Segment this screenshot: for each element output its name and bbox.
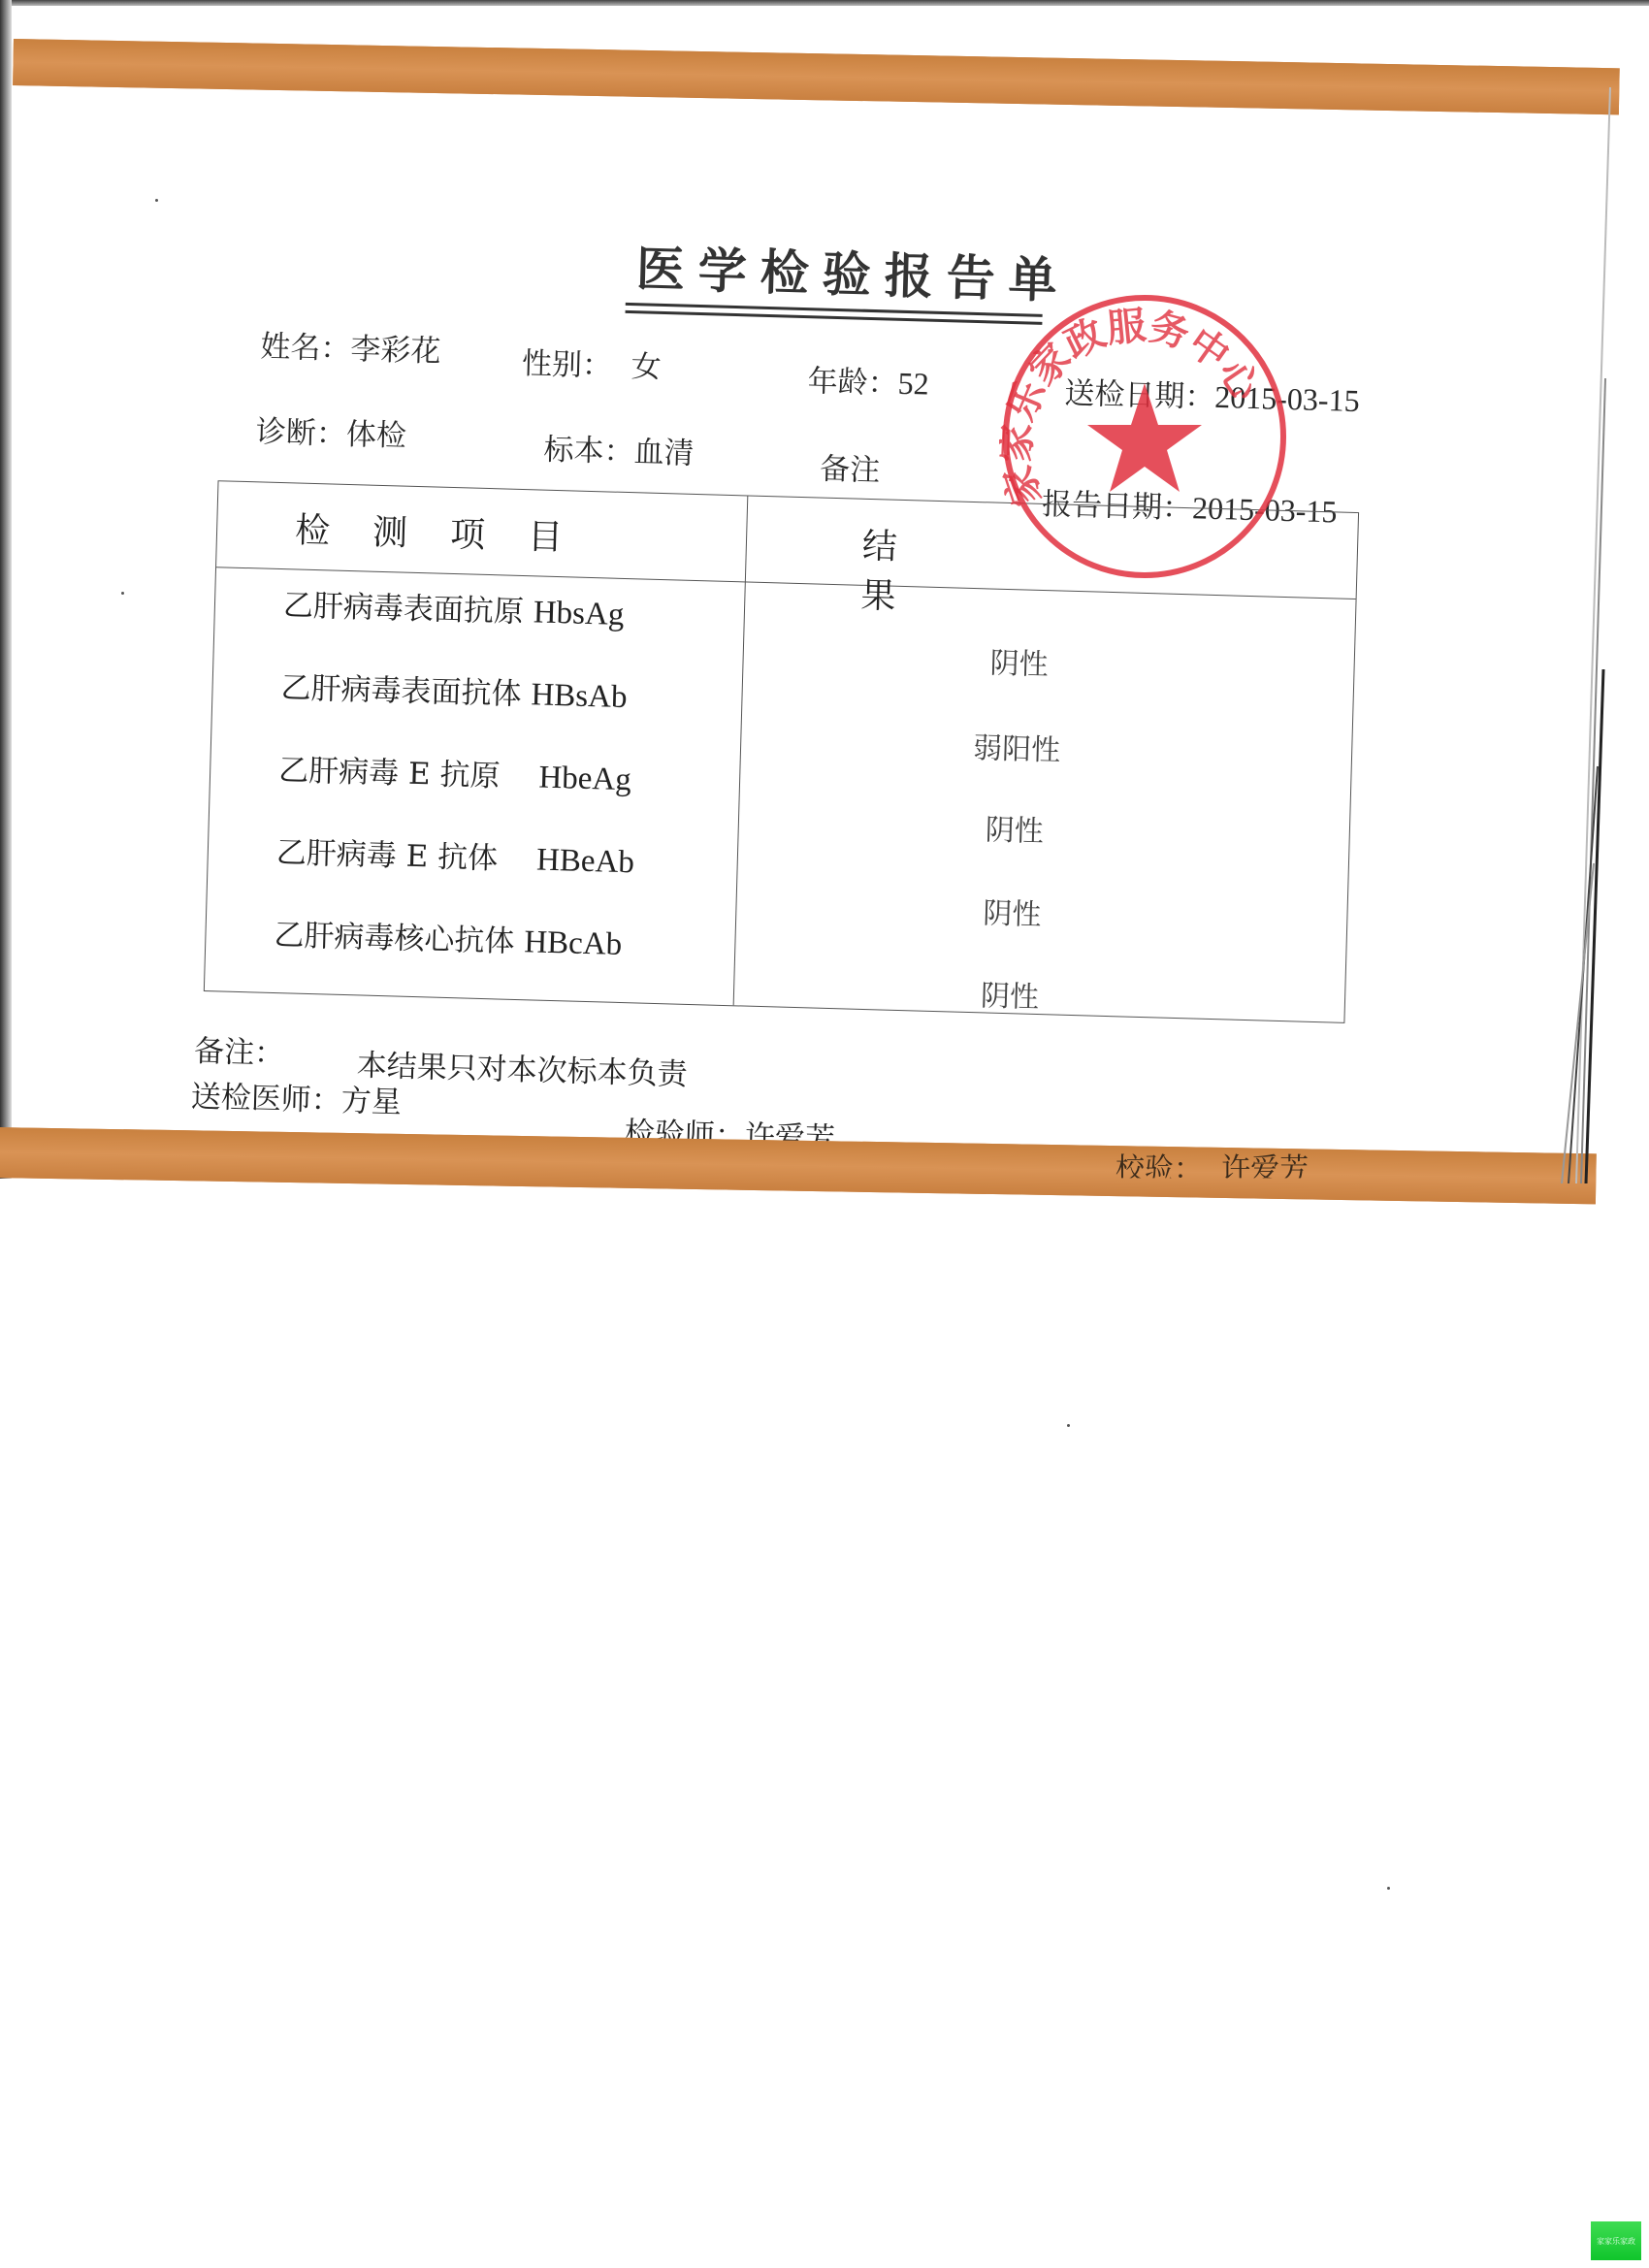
watermark-badge: 家家乐家政 <box>1591 2221 1641 2260</box>
test-result: 阴性 <box>983 889 1042 933</box>
test-name: 乙肝病毒表面抗体 <box>280 670 522 712</box>
seal-text: 家家乐家政服务中心 <box>999 304 1269 511</box>
scan-speck <box>1067 1424 1070 1427</box>
test-code: HbeAg <box>538 761 631 798</box>
scan-speck <box>1387 1887 1390 1890</box>
column-divider <box>733 496 749 1005</box>
report-sheet: 医学检验报告单 姓名：李彩花 性别： 女 年龄：52 送检日期：2015-03-… <box>0 0 1649 1233</box>
test-result: 弱阳性 <box>973 724 1061 768</box>
test-result: 阴性 <box>980 971 1039 1016</box>
star-icon <box>1087 383 1202 492</box>
scan-speck <box>121 592 124 595</box>
patient-name: 李彩花 <box>350 332 441 370</box>
svg-text:家家乐家政服务中心: 家家乐家政服务中心 <box>999 304 1269 511</box>
diagnosis-field: 诊断：体检 <box>255 406 406 454</box>
test-name: 乙肝病毒 E 抗原 <box>278 753 501 794</box>
specimen: 血清 <box>633 435 695 471</box>
label: 年龄： <box>807 364 898 402</box>
header-test-item: 检测项目 <box>295 502 606 561</box>
label: 性别： <box>522 346 613 384</box>
label: 标本： <box>543 433 634 470</box>
doctor-field: 送检医师：方星 <box>190 1072 402 1121</box>
table-row: 乙肝病毒表面抗体HBsAb <box>280 663 628 716</box>
patient-age: 52 <box>897 366 929 402</box>
patient-gender: 女 <box>630 349 662 385</box>
doctor-name: 方星 <box>340 1084 402 1120</box>
table-row: 乙肝病毒 E 抗体HBeAb <box>275 827 634 881</box>
label: 备注 <box>820 452 881 489</box>
test-code: HBsAb <box>531 677 628 715</box>
test-code: HBeAb <box>536 843 635 881</box>
patient-name-field: 姓名：李彩花 <box>260 321 441 370</box>
label: 送检医师： <box>190 1080 341 1118</box>
label: 诊断： <box>255 414 346 452</box>
table-row: 乙肝病毒 E 抗原HbeAg <box>278 745 632 798</box>
test-result: 阴性 <box>985 805 1044 850</box>
remark-field: 备注 <box>820 444 881 490</box>
test-code: HbsAg <box>533 595 624 632</box>
patient-age-field: 年龄：52 <box>807 356 929 403</box>
scan-streaks <box>1557 87 1615 1183</box>
table-row: 乙肝病毒表面抗原HbsAg <box>282 580 625 633</box>
test-name: 乙肝病毒 E 抗体 <box>275 835 498 876</box>
test-name: 乙肝病毒表面抗原 <box>282 588 524 630</box>
diagnosis: 体检 <box>345 417 406 454</box>
official-seal-stamp: 家家乐家政服务中心 <box>999 291 1290 582</box>
note-label: 备注： <box>194 1026 285 1073</box>
test-code: HBcAb <box>524 924 623 962</box>
test-name: 乙肝病毒核心抗体 <box>274 918 515 959</box>
note-text: 本结果只对本次标本负责 <box>356 1040 688 1093</box>
label: 姓名： <box>260 329 351 367</box>
specimen-field: 标本：血清 <box>543 425 695 472</box>
scan-speck <box>155 199 158 202</box>
table-row: 乙肝病毒核心抗体HBcAb <box>274 910 623 963</box>
test-result: 阴性 <box>989 639 1049 684</box>
patient-gender-field: 性别： 女 <box>522 339 663 386</box>
